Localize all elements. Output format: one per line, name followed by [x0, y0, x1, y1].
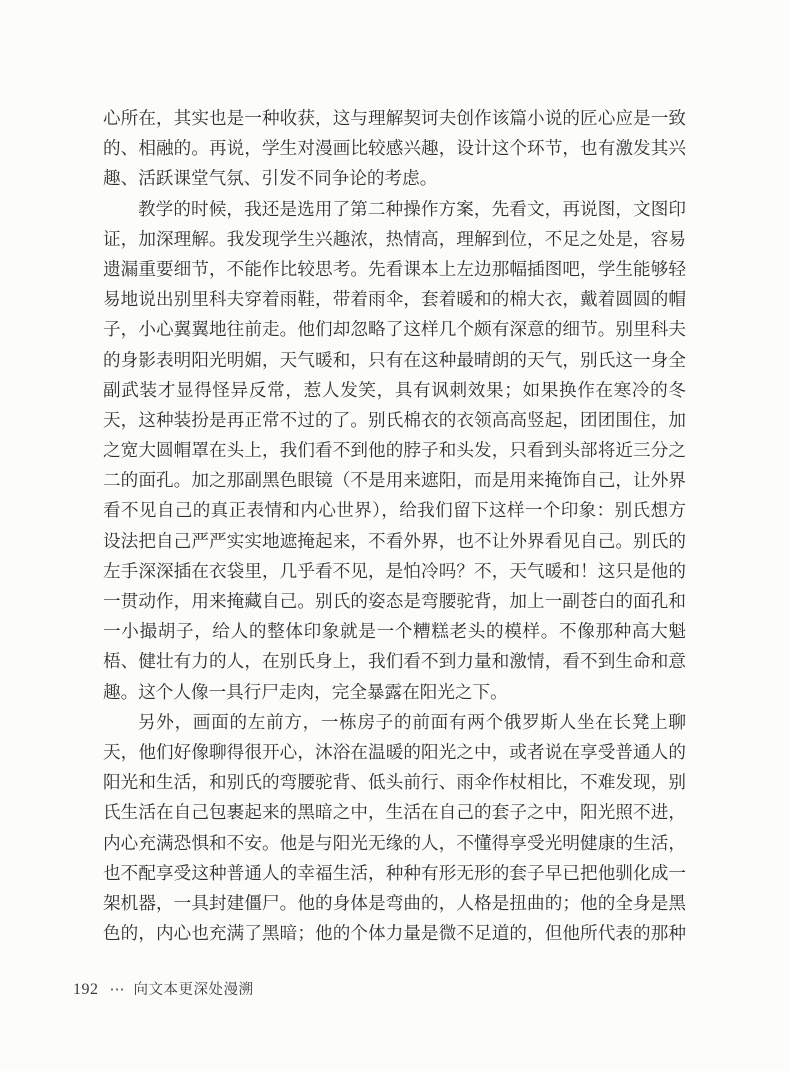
text-line: 的身影表明阳光明媚，天气暖和，只有在这种最晴朗的天气，别氏这一身全	[103, 345, 686, 375]
text-line: 天，他们好像聊得很开心，沐浴在温暖的阳光之中，或者说在享受普通人的	[103, 737, 686, 767]
footer-separator: ⋯	[110, 980, 125, 999]
text-block: 心所在，其实也是一种收获，这与理解契诃夫创作该篇小说的匠心应是一致的、相融的。再…	[103, 103, 686, 948]
text-line: 子，小心翼翼地往前走。他们却忽略了这样几个颇有深意的细节。别里科夫	[103, 314, 686, 344]
text-line: 副武装才显得怪异反常，惹人发笑，具有讽刺效果；如果换作在寒冷的冬	[103, 375, 686, 405]
paragraph: 心所在，其实也是一种收获，这与理解契诃夫创作该篇小说的匠心应是一致的、相融的。再…	[103, 103, 686, 194]
text-line: 易地说出别里科夫穿着雨鞋，带着雨伞，套着暖和的棉大衣，戴着圆圆的帽	[103, 284, 686, 314]
text-line: 教学的时候，我还是选用了第二种操作方案，先看文，再说图，文图印	[103, 194, 686, 224]
text-line: 看不见自己的真正表情和内心世界），给我们留下这样一个印象：别氏想方	[103, 495, 686, 525]
text-line: 另外，画面的左前方，一栋房子的前面有两个俄罗斯人坐在长凳上聊	[103, 707, 686, 737]
text-line: 证，加深理解。我发现学生兴趣浓，热情高，理解到位，不足之处是，容易	[103, 224, 686, 254]
text-line: 遗漏重要细节，不能作比较思考。先看课本上左边那幅插图吧，学生能够轻	[103, 254, 686, 284]
text-line: 架机器，一具封建僵尸。他的身体是弯曲的，人格是扭曲的；他的全身是黑	[103, 888, 686, 918]
text-line: 左手深深插在衣袋里，几乎看不见，是怕冷吗？不，天气暖和！这只是他的	[103, 556, 686, 586]
text-line: 阳光和生活，和别氏的弯腰驼背、低头前行、雨伞作杖相比，不难发现，别	[103, 767, 686, 797]
text-line: 设法把自己严严实实地遮掩起来，不看外界，也不让外界看见自己。别氏的	[103, 526, 686, 556]
text-line: 氏生活在自己包裹起来的黑暗之中，生活在自己的套子之中，阳光照不进，	[103, 797, 686, 827]
text-line: 二的面孔。加之那副黑色眼镜（不是用来遮阳，而是用来掩饰自己，让外界	[103, 465, 686, 495]
book-page: 心所在，其实也是一种收获，这与理解契诃夫创作该篇小说的匠心应是一致的、相融的。再…	[0, 0, 790, 1071]
text-line: 色的，内心也充满了黑暗；他的个体力量是微不足道的，但他所代表的那种	[103, 918, 686, 948]
text-line: 也不配享受这种普通人的幸福生活，种种有形无形的套子早已把他驯化成一	[103, 858, 686, 888]
running-title: 向文本更深处漫溯	[134, 978, 254, 999]
text-line: 天，这种装扮是再正常不过的了。别氏棉衣的衣领高高竖起，团团围住，加	[103, 405, 686, 435]
text-line: 趣、活跃课堂气氛、引发不同争论的考虑。	[103, 163, 686, 193]
text-line: 梧、健壮有力的人，在别氏身上，我们看不到力量和激情，看不到生命和意	[103, 646, 686, 676]
text-line: 一小撮胡子，给人的整体印象就是一个糟糕老头的模样。不像那种高大魁	[103, 616, 686, 646]
text-line: 内心充满恐惧和不安。他是与阳光无缘的人，不懂得享受光明健康的生活，	[103, 828, 686, 858]
paragraph: 教学的时候，我还是选用了第二种操作方案，先看文，再说图，文图印证，加深理解。我发…	[103, 194, 686, 707]
text-line: 趣。这个人像一具行尸走肉，完全暴露在阳光之下。	[103, 677, 686, 707]
paragraph: 另外，画面的左前方，一栋房子的前面有两个俄罗斯人坐在长凳上聊天，他们好像聊得很开…	[103, 707, 686, 949]
text-line: 心所在，其实也是一种收获，这与理解契诃夫创作该篇小说的匠心应是一致	[103, 103, 686, 133]
text-line: 一贯动作，用来掩藏自己。别氏的姿态是弯腰驼背，加上一副苍白的面孔和	[103, 586, 686, 616]
page-footer: 192 ⋯ 向文本更深处漫溯	[73, 978, 254, 999]
page-number: 192	[73, 981, 99, 999]
text-line: 之宽大圆帽罩在头上，我们看不到他的脖子和头发，只看到头部将近三分之	[103, 435, 686, 465]
text-line: 的、相融的。再说，学生对漫画比较感兴趣，设计这个环节，也有激发其兴	[103, 133, 686, 163]
